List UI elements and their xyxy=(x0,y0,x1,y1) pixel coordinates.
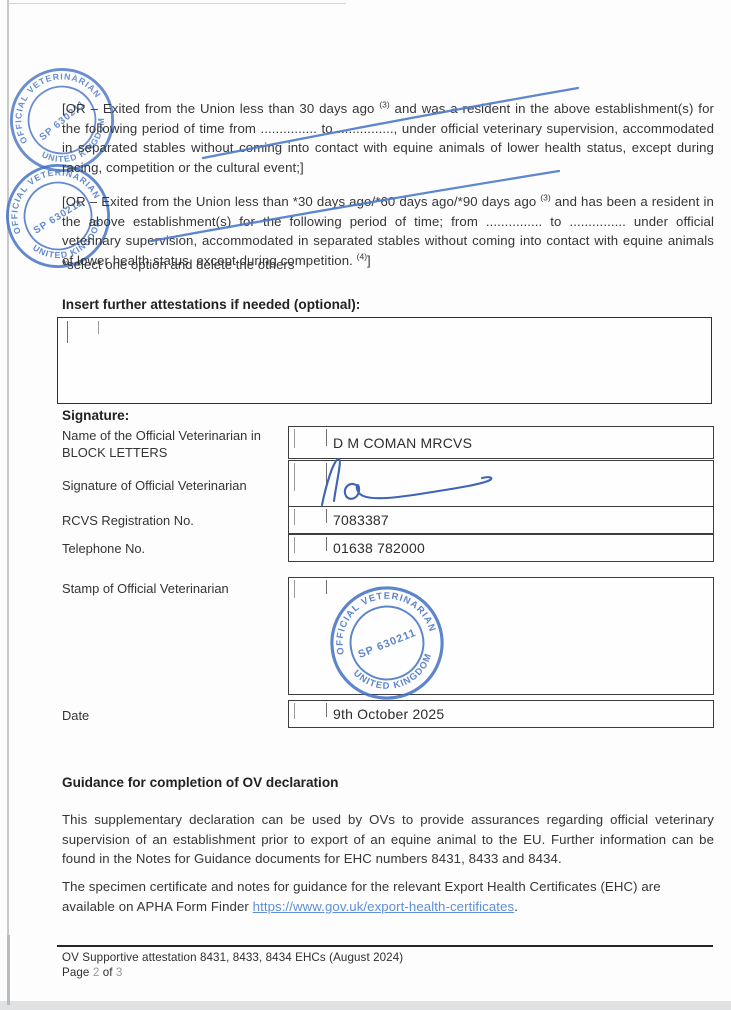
cell-tick xyxy=(294,429,295,448)
scan-edge-corner xyxy=(7,935,10,1005)
guidance-heading: Guidance for completion of OV declaratio… xyxy=(62,775,338,790)
footnote-ref: (3) xyxy=(379,100,389,110)
signature-field-label: Signature of Official Veterinarian xyxy=(62,477,297,494)
stamp-field-box xyxy=(288,577,714,695)
footnote-ref: (3) xyxy=(540,193,550,203)
cell-tick xyxy=(98,321,99,334)
footer-divider xyxy=(57,945,713,947)
cell-tick xyxy=(294,703,295,719)
name-field-box: D M COMAN MRCVS xyxy=(288,426,714,459)
cell-tick xyxy=(326,463,327,489)
page-total: 3 xyxy=(116,966,123,979)
guidance-paragraph-1: This supplementary declaration can be us… xyxy=(62,810,714,869)
cell-tick xyxy=(326,537,327,551)
rcvs-field-box: 7083387 xyxy=(288,506,714,534)
cell-tick xyxy=(294,580,295,598)
select-option-note: *select one option and delete the others xyxy=(62,257,294,272)
date-field-value: 9th October 2025 xyxy=(289,706,444,722)
cell-tick xyxy=(294,509,295,525)
scan-edge-left xyxy=(7,0,9,1010)
scan-edge-bottom xyxy=(0,1001,731,1010)
scan-edge-top xyxy=(8,3,346,4)
footer-attestation-title: OV Supportive attestation 8431, 8433, 84… xyxy=(62,951,403,964)
rcvs-field-value: 7083387 xyxy=(289,512,389,528)
paragraph-text: [OR – Exited from the Union less than *3… xyxy=(62,194,540,209)
paragraph-text: . xyxy=(514,899,518,914)
footnote-ref: (4) xyxy=(357,251,367,261)
signature-field-box xyxy=(288,460,714,509)
attestations-input-box xyxy=(57,317,712,404)
name-field-value: D M COMAN MRCVS xyxy=(289,435,472,451)
paragraph-text: ] xyxy=(367,253,371,268)
paragraph-text: [OR – Exited from the Union less than 30… xyxy=(62,101,379,116)
cell-tick xyxy=(326,703,327,717)
cell-tick xyxy=(294,537,295,553)
guidance-paragraph-2: The specimen certificate and notes for g… xyxy=(62,877,714,916)
rcvs-field-label: RCVS Registration No. xyxy=(62,512,297,529)
phone-field-label: Telephone No. xyxy=(62,540,297,557)
footer-page-indicator: Page 2 of 3 xyxy=(62,966,122,979)
signature-heading: Signature: xyxy=(62,408,129,423)
stamp-field-label: Stamp of Official Veterinarian xyxy=(62,580,297,597)
cell-tick xyxy=(326,580,327,594)
cell-tick xyxy=(67,321,68,343)
cell-tick xyxy=(294,463,295,491)
cell-tick xyxy=(326,509,327,523)
date-field-box: 9th October 2025 xyxy=(288,700,714,728)
page-label: Page xyxy=(62,966,93,979)
name-field-label: Name of the Official Veterinarian in BLO… xyxy=(62,427,297,461)
date-field-label: Date xyxy=(62,707,297,724)
export-health-certificates-link[interactable]: https://www.gov.uk/export-health-certifi… xyxy=(253,899,515,914)
option-paragraph-1: [OR – Exited from the Union less than 30… xyxy=(62,99,714,177)
attestations-heading: Insert further attestations if needed (o… xyxy=(62,297,360,312)
page-of-label: of xyxy=(99,966,116,979)
phone-field-box: 01638 782000 xyxy=(288,534,714,562)
scanned-document-page: OFFICIAL VETERINARIAN UNITED KINGDOM SP … xyxy=(0,0,731,1010)
cell-tick xyxy=(326,429,327,446)
phone-field-value: 01638 782000 xyxy=(289,540,425,556)
